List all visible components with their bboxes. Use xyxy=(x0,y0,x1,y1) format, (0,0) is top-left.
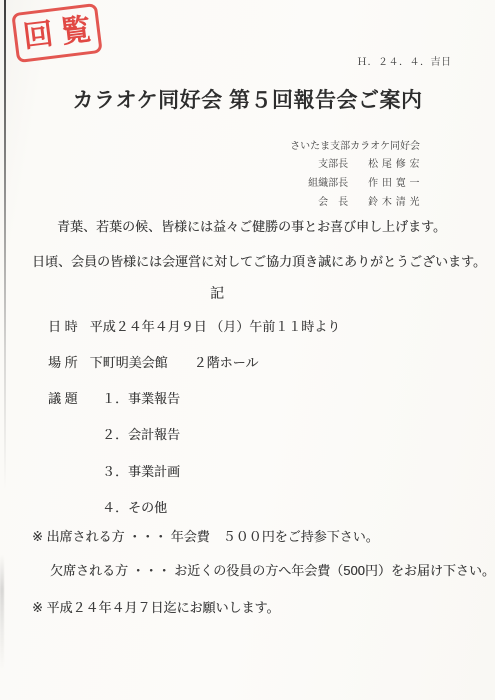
agenda-item-1: １．事業報告 xyxy=(102,392,180,406)
agenda-item-3: ３．事業計画 xyxy=(102,465,180,479)
datetime-row: 日 時 平成２４年４月９日 （月）午前１１時より xyxy=(48,320,340,334)
notice-heading-ki: 記 xyxy=(210,286,225,301)
greeting-line-1: 青葉、若葉の候、皆様には益々ご健勝の事とお喜び申し上げます。 xyxy=(57,220,446,234)
officer-name-org-chief: 作 田 寛 一 xyxy=(368,178,420,189)
officer-name-chairman: 鈴 木 清 光 xyxy=(368,197,420,208)
sender-organization: さいたま支部カラオケ同好会 xyxy=(290,141,420,152)
datetime-label: 日 時 xyxy=(48,320,78,334)
place-value: 下町明美会館 ２階ホール xyxy=(90,356,259,370)
sender-officers: 支部長 松 尾 修 宏 組織部長 作 田 寛 一 会 長 鈴 木 清 光 xyxy=(308,159,420,208)
document-date: Ｈ．２４．４．吉日 xyxy=(357,57,452,68)
stamp-text: 回覧 xyxy=(21,12,100,54)
officer-title-chairman: 会 長 xyxy=(318,197,348,208)
officer-name-branch-chief: 松 尾 修 宏 xyxy=(368,159,420,170)
place-row: 場 所 下町明美会館 ２階ホール xyxy=(48,356,258,370)
agenda-item-2: ２．会計報告 xyxy=(102,428,180,442)
agenda-label: 議 題 xyxy=(48,392,78,406)
officer-title-org-chief: 組織部長 xyxy=(308,178,348,189)
document-title: カラオケ同好会 第５回報告会ご案内 xyxy=(0,89,495,112)
greeting-line-2: 日頃、会員の皆様には会運営に対してご協力頂き誠にありがとうございます。 xyxy=(32,255,486,269)
place-label: 場 所 xyxy=(48,356,78,370)
datetime-value: 平成２４年４月９日 （月）午前１１時より xyxy=(90,320,341,334)
agenda-row: 議 題 xyxy=(48,392,78,406)
agenda-item-4: ４．その他 xyxy=(102,501,180,515)
note-deadline: ※ 平成２４年４月７日迄にお願いします。 xyxy=(32,601,279,615)
scan-artifact-line xyxy=(4,0,6,490)
officer-title-branch-chief: 支部長 xyxy=(318,159,348,170)
note-attendance: ※ 出席される方 ・・・ 年会費 ５００円をご持参下さい。 xyxy=(32,530,379,544)
note-absence: 欠席される方 ・・・ お近くの役員の方へ年会費（500円）をお届け下さい。 xyxy=(50,564,495,578)
agenda-list: １．事業報告 ２．会計報告 ３．事業計画 ４．その他 xyxy=(102,392,180,515)
kairan-circulation-stamp: 回覧 xyxy=(11,3,102,63)
scan-artifact-smudge xyxy=(0,555,4,670)
document-page: 回覧 Ｈ．２４．４．吉日 カラオケ同好会 第５回報告会ご案内 さいたま支部カラオ… xyxy=(0,0,495,700)
